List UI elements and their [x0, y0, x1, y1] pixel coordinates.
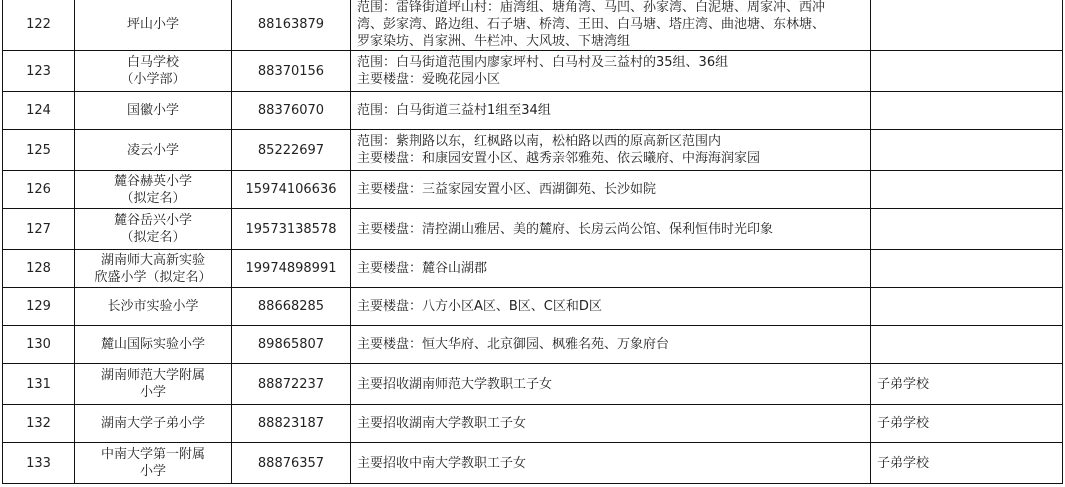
row-number: 125	[3, 130, 75, 171]
school-name: 白马学校 （小学部）	[75, 51, 232, 92]
remark	[871, 171, 1063, 209]
remark: 子弟学校	[871, 364, 1063, 405]
school-name: 麓谷赫英小学 （拟定名）	[75, 171, 232, 209]
remark	[871, 250, 1063, 288]
phone-number: 88370156	[232, 51, 351, 92]
row-number: 127	[3, 209, 75, 250]
phone-number: 19573138578	[232, 209, 351, 250]
enrollment-scope: 范围：白马街道三益村1组至34组	[351, 92, 871, 130]
row-number: 130	[3, 326, 75, 364]
phone-number: 88668285	[232, 288, 351, 326]
table-row: 131 湖南师范大学附属 小学 88872237 主要招收湖南师范大学教职工子女…	[3, 364, 1063, 405]
table-row: 126 麓谷赫英小学 （拟定名） 15974106636 主要楼盘：三益家园安置…	[3, 171, 1063, 209]
table-row: 122 坪山小学 88163879 范围：雷锋街道坪山村：庙湾组、塘角湾、马凹、…	[3, 0, 1063, 51]
phone-number: 88823187	[232, 405, 351, 443]
enrollment-scope: 主要楼盘：麓谷山湖郡	[351, 250, 871, 288]
table-row: 127 麓谷岳兴小学 （拟定名） 19573138578 主要楼盘：清控湖山雅居…	[3, 209, 1063, 250]
table-row: 125 凌云小学 85222697 范围：紫荆路以东，红枫路以南，松柏路以西的原…	[3, 130, 1063, 171]
school-name: 中南大学第一附属 小学	[75, 443, 232, 484]
school-name: 凌云小学	[75, 130, 232, 171]
table-row: 124 国徽小学 88376070 范围：白马街道三益村1组至34组	[3, 92, 1063, 130]
school-name: 麓谷岳兴小学 （拟定名）	[75, 209, 232, 250]
row-number: 133	[3, 443, 75, 484]
school-name: 湖南师大高新实验 欣盛小学（拟定名）	[75, 250, 232, 288]
remark	[871, 0, 1063, 51]
school-name: 长沙市实验小学	[75, 288, 232, 326]
enrollment-scope: 主要楼盘：八方小区A区、B区、C区和D区	[351, 288, 871, 326]
table-row: 129 长沙市实验小学 88668285 主要楼盘：八方小区A区、B区、C区和D…	[3, 288, 1063, 326]
enrollment-scope: 范围：雷锋街道坪山村：庙湾组、塘角湾、马凹、孙家湾、白泥塘、周家冲、西冲 湾、彭…	[351, 0, 871, 51]
remark: 子弟学校	[871, 405, 1063, 443]
remark	[871, 92, 1063, 130]
remark	[871, 288, 1063, 326]
row-number: 124	[3, 92, 75, 130]
remark	[871, 130, 1063, 171]
remark	[871, 326, 1063, 364]
row-number: 129	[3, 288, 75, 326]
table-row: 130 麓山国际实验小学 89865807 主要楼盘：恒大华府、北京御园、枫雅名…	[3, 326, 1063, 364]
table-body: 122 坪山小学 88163879 范围：雷锋街道坪山村：庙湾组、塘角湾、马凹、…	[3, 0, 1063, 484]
row-number: 131	[3, 364, 75, 405]
enrollment-scope: 范围：紫荆路以东，红枫路以南，松柏路以西的原高新区范围内 主要楼盘：和康园安置小…	[351, 130, 871, 171]
phone-number: 88376070	[232, 92, 351, 130]
enrollment-scope: 主要楼盘：三益家园安置小区、西湖御苑、长沙如院	[351, 171, 871, 209]
remark	[871, 51, 1063, 92]
row-number: 123	[3, 51, 75, 92]
table-row: 132 湖南大学子弟小学 88823187 主要招收湖南大学教职工子女 子弟学校	[3, 405, 1063, 443]
enrollment-scope: 范围：白马街道范围内廖家坪村、白马村及三益村的35组、36组 主要楼盘：爱晚花园…	[351, 51, 871, 92]
school-enrollment-table: 122 坪山小学 88163879 范围：雷锋街道坪山村：庙湾组、塘角湾、马凹、…	[2, 0, 1063, 484]
school-name: 湖南师范大学附属 小学	[75, 364, 232, 405]
phone-number: 19974898991	[232, 250, 351, 288]
row-number: 126	[3, 171, 75, 209]
row-number: 122	[3, 0, 75, 51]
school-name: 国徽小学	[75, 92, 232, 130]
enrollment-scope: 主要招收湖南师范大学教职工子女	[351, 364, 871, 405]
enrollment-scope: 主要楼盘：清控湖山雅居、美的麓府、长房云尚公馆、保利恒伟时光印象	[351, 209, 871, 250]
phone-number: 15974106636	[232, 171, 351, 209]
phone-number: 88163879	[232, 0, 351, 51]
school-name: 坪山小学	[75, 0, 232, 51]
enrollment-scope: 主要招收湖南大学教职工子女	[351, 405, 871, 443]
remark: 子弟学校	[871, 443, 1063, 484]
phone-number: 88872237	[232, 364, 351, 405]
enrollment-scope: 主要楼盘：恒大华府、北京御园、枫雅名苑、万象府台	[351, 326, 871, 364]
row-number: 132	[3, 405, 75, 443]
school-name: 湖南大学子弟小学	[75, 405, 232, 443]
phone-number: 88876357	[232, 443, 351, 484]
table-row: 128 湖南师大高新实验 欣盛小学（拟定名） 19974898991 主要楼盘：…	[3, 250, 1063, 288]
phone-number: 85222697	[232, 130, 351, 171]
row-number: 128	[3, 250, 75, 288]
table-row: 123 白马学校 （小学部） 88370156 范围：白马街道范围内廖家坪村、白…	[3, 51, 1063, 92]
school-name: 麓山国际实验小学	[75, 326, 232, 364]
enrollment-scope: 主要招收中南大学教职工子女	[351, 443, 871, 484]
phone-number: 89865807	[232, 326, 351, 364]
remark	[871, 209, 1063, 250]
table-row: 133 中南大学第一附属 小学 88876357 主要招收中南大学教职工子女 子…	[3, 443, 1063, 484]
